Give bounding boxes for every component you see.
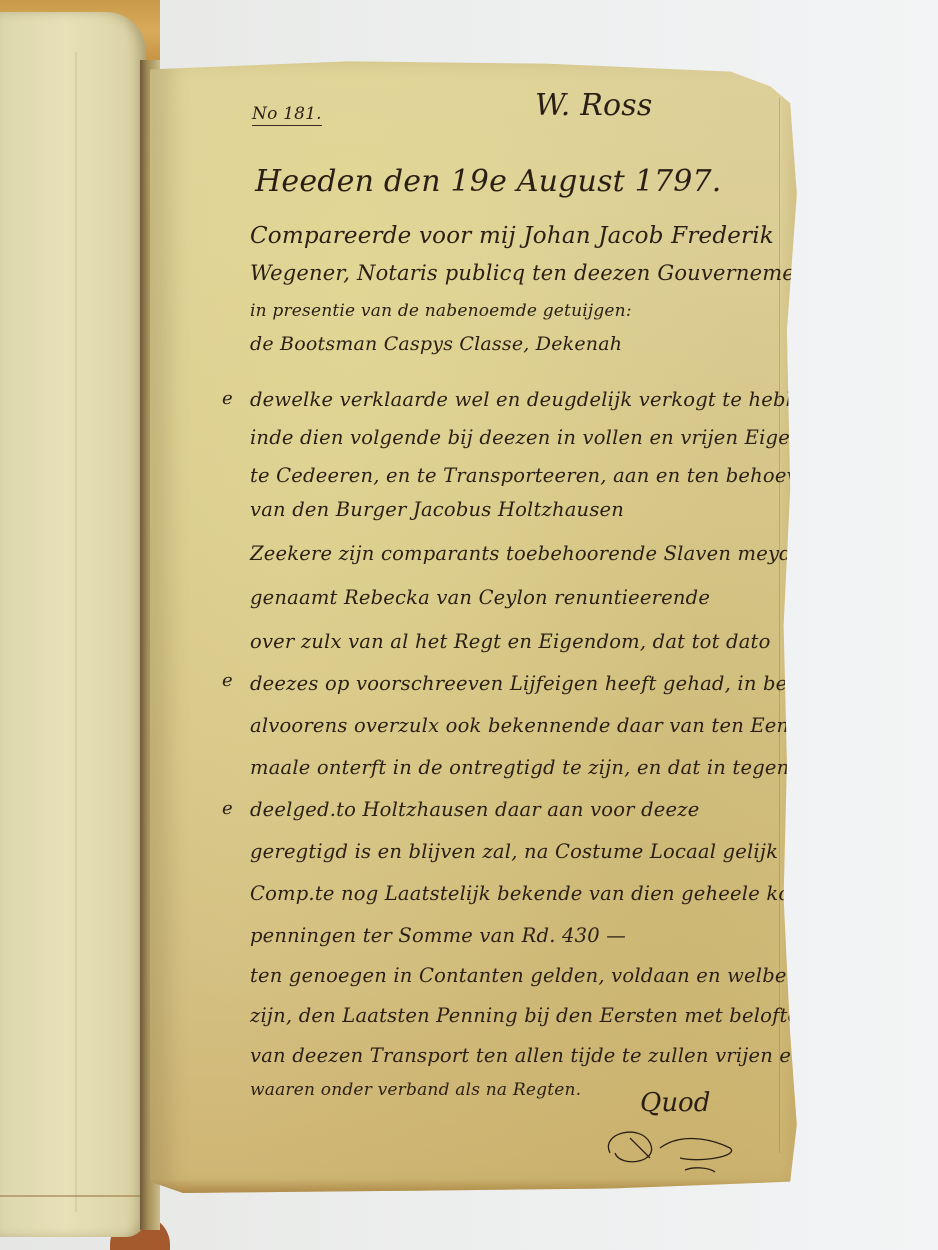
notary-signature: Quod — [590, 1088, 750, 1168]
signature-flourish-icon — [590, 1108, 750, 1178]
reference-number: No 181. — [252, 104, 322, 126]
margin-mark: e — [222, 670, 233, 691]
text-line-17: Comp.te nog Laatstelijk bekende van dien… — [250, 882, 821, 905]
deed-heading-date: Heeden den 19e August 1797. — [255, 164, 722, 199]
text-line-5: dewelke verklaarde wel en deugdelijk ver… — [250, 388, 823, 411]
page-edge-stain — [0, 1195, 140, 1197]
text-line-1: Compareerde voor mij Johan Jacob Frederi… — [250, 223, 774, 249]
text-line-20: zijn, den Laatsten Penning bij den Eerst… — [250, 1004, 799, 1027]
marginal-annotation: W. Ross — [535, 88, 653, 123]
margin-mark: e — [222, 798, 233, 819]
margin-mark: e — [222, 388, 233, 409]
text-line-10: genaamt Rebecka van Ceylon renuntieerend… — [250, 586, 710, 609]
text-line-21: van deezen Transport ten allen tijde te … — [250, 1044, 804, 1067]
text-line-4: de Bootsman Caspys Classe, Dekenah — [250, 333, 622, 355]
text-line-22: waaren onder verband als na Regten. — [250, 1080, 581, 1100]
manuscript-page: No 181. W. Ross Heeden den 19e August 17… — [150, 58, 810, 1193]
text-line-13: alvoorens overzulx ook bekennende daar v… — [250, 714, 801, 737]
text-line-16: geregtigd is en blijven zal, na Costume … — [250, 840, 822, 863]
text-line-15: deelged.to Holtzhausen daar aan voor dee… — [250, 798, 699, 821]
left-facing-page — [0, 12, 146, 1237]
text-line-8: van den Burger Jacobus Holtzhausen — [250, 498, 624, 521]
text-line-7: te Cedeeren, en te Transporteeren, aan e… — [250, 464, 822, 487]
text-line-2: Wegener, Notaris publicq ten deezen Gouv… — [250, 261, 835, 285]
text-line-18: penningen ter Somme van Rd. 430 — — [250, 924, 626, 947]
inner-fold-line — [779, 98, 780, 1153]
text-line-14: maale onterft in de ontregtigd te zijn, … — [250, 756, 796, 779]
page-fold-line — [75, 52, 77, 1212]
text-line-12: deezes op voorschreeven Lijfeigen heeft … — [250, 672, 831, 695]
text-line-6: inde dien volgende bij deezen in vollen … — [250, 426, 846, 449]
text-line-19: ten genoegen in Contanten gelden, voldaa… — [250, 964, 864, 987]
text-line-3: in presentie van de nabenoemde getuijgen… — [250, 301, 632, 321]
text-line-9: Zeekere zijn comparants toebehoorende Sl… — [250, 542, 792, 565]
text-line-11: over zulx van al het Regt en Eigendom, d… — [250, 630, 771, 653]
